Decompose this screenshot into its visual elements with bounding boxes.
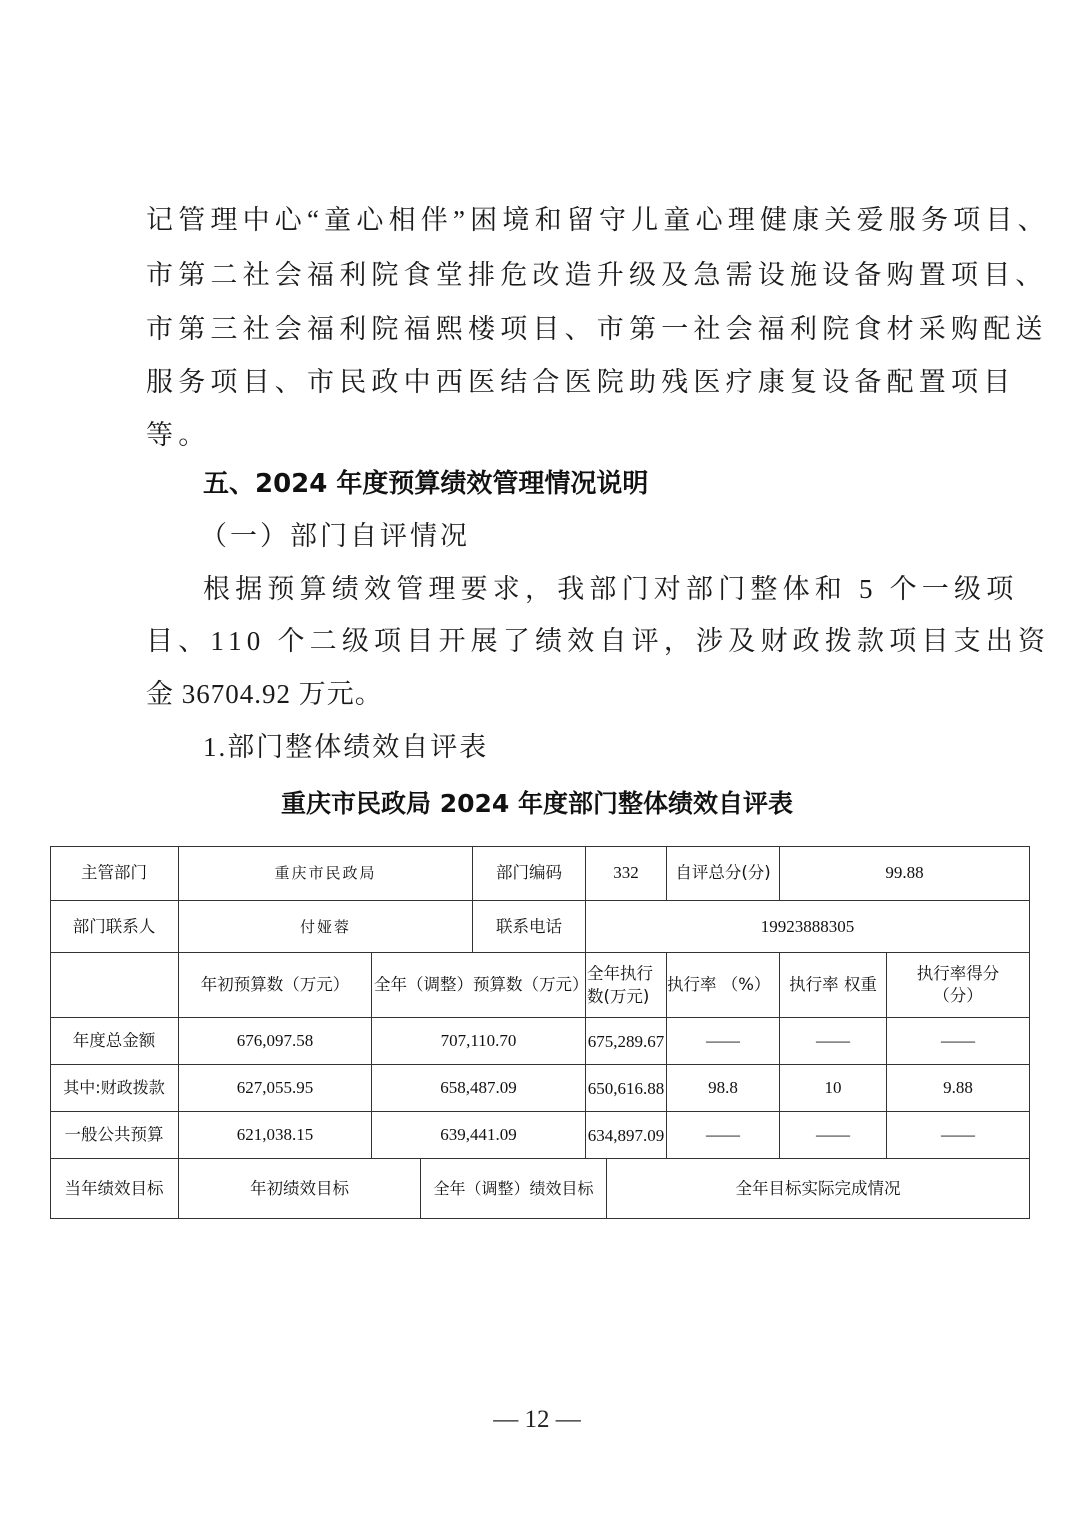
row-score: —— bbox=[887, 1018, 1030, 1065]
page-number: — 12 — bbox=[0, 1406, 1074, 1434]
row-initial: 627,055.95 bbox=[179, 1065, 372, 1112]
header-adjusted-budget: 全年（调整）预算数（万元） bbox=[372, 953, 586, 1018]
row-executed: 634,897.09 bbox=[586, 1112, 667, 1159]
row-executed: 650,616.88 bbox=[586, 1065, 667, 1112]
row-rate: —— bbox=[667, 1018, 780, 1065]
header-rate-score: 执行率得分（分） bbox=[887, 953, 1030, 1018]
row-rate: —— bbox=[667, 1112, 780, 1159]
row-initial: 621,038.15 bbox=[179, 1112, 372, 1159]
header-exec-rate: 执行率 （%） bbox=[667, 953, 780, 1018]
row-label: 年度总金额 bbox=[50, 1018, 179, 1065]
row-score: 9.88 bbox=[887, 1065, 1030, 1112]
row-weight: —— bbox=[780, 1018, 887, 1065]
contact-label: 部门联系人 bbox=[50, 901, 179, 953]
row-weight: 10 bbox=[780, 1065, 887, 1112]
header-initial-budget: 年初预算数（万元） bbox=[179, 953, 372, 1018]
dept-value: 重庆市民政局 bbox=[179, 846, 473, 901]
paragraph-line: 市第二社会福利院食堂排危改造升级及急需设施设备购置项目、 bbox=[146, 257, 946, 293]
phone-value: 19923888305 bbox=[586, 901, 1030, 953]
row-label: 其中:财政拨款 bbox=[50, 1065, 179, 1112]
phone-label: 联系电话 bbox=[473, 901, 586, 953]
paragraph-line: 等。 bbox=[146, 417, 946, 453]
paragraph-line: 记管理中心“童心相伴”困境和留守儿童心理健康关爱服务项目、 bbox=[146, 202, 946, 238]
section-heading: 五、2024 年度预算绩效管理情况说明 bbox=[203, 466, 648, 502]
goals-actual: 全年目标实际完成情况 bbox=[607, 1159, 1030, 1219]
goals-adjusted: 全年（调整）绩效目标 bbox=[421, 1159, 607, 1219]
score-value: 99.88 bbox=[780, 846, 1030, 901]
contact-value: 付娅蓉 bbox=[179, 901, 473, 953]
row-weight: —— bbox=[780, 1112, 887, 1159]
item-label: 1.部门整体绩效自评表 bbox=[203, 729, 488, 765]
header-weight: 执行率 权重 bbox=[780, 953, 887, 1018]
dept-label: 主管部门 bbox=[50, 846, 179, 901]
paragraph-line: 目、110 个二级项目开展了绩效自评，涉及财政拨款项目支出资 bbox=[146, 623, 946, 659]
paragraph-line: 市第三社会福利院福熙楼项目、市第一社会福利院食材采购配送 bbox=[146, 311, 946, 347]
row-score: —— bbox=[887, 1112, 1030, 1159]
header-executed: 全年执行数(万元) bbox=[586, 953, 667, 1018]
header-blank bbox=[50, 953, 179, 1018]
row-executed: 675,289.67 bbox=[586, 1018, 667, 1065]
code-label: 部门编码 bbox=[473, 846, 586, 901]
table-title: 重庆市民政局 2024 年度部门整体绩效自评表 bbox=[0, 784, 1074, 824]
goals-label: 当年绩效目标 bbox=[50, 1159, 179, 1219]
row-adjusted: 658,487.09 bbox=[372, 1065, 586, 1112]
row-label: 一般公共预算 bbox=[50, 1112, 179, 1159]
row-rate: 98.8 bbox=[667, 1065, 780, 1112]
goals-initial: 年初绩效目标 bbox=[179, 1159, 421, 1219]
score-label: 自评总分(分) bbox=[667, 846, 780, 901]
paragraph-line: 根据预算绩效管理要求，我部门对部门整体和 5 个一级项 bbox=[203, 571, 1003, 607]
paragraph-line: 金 36704.92 万元。 bbox=[146, 676, 946, 712]
paragraph-line: 服务项目、市民政中西医结合医院助残医疗康复设备配置项目 bbox=[146, 364, 946, 400]
row-initial: 676,097.58 bbox=[179, 1018, 372, 1065]
row-adjusted: 639,441.09 bbox=[372, 1112, 586, 1159]
subsection-heading: （一）部门自评情况 bbox=[200, 518, 470, 554]
code-value: 332 bbox=[586, 846, 667, 901]
row-adjusted: 707,110.70 bbox=[372, 1018, 586, 1065]
